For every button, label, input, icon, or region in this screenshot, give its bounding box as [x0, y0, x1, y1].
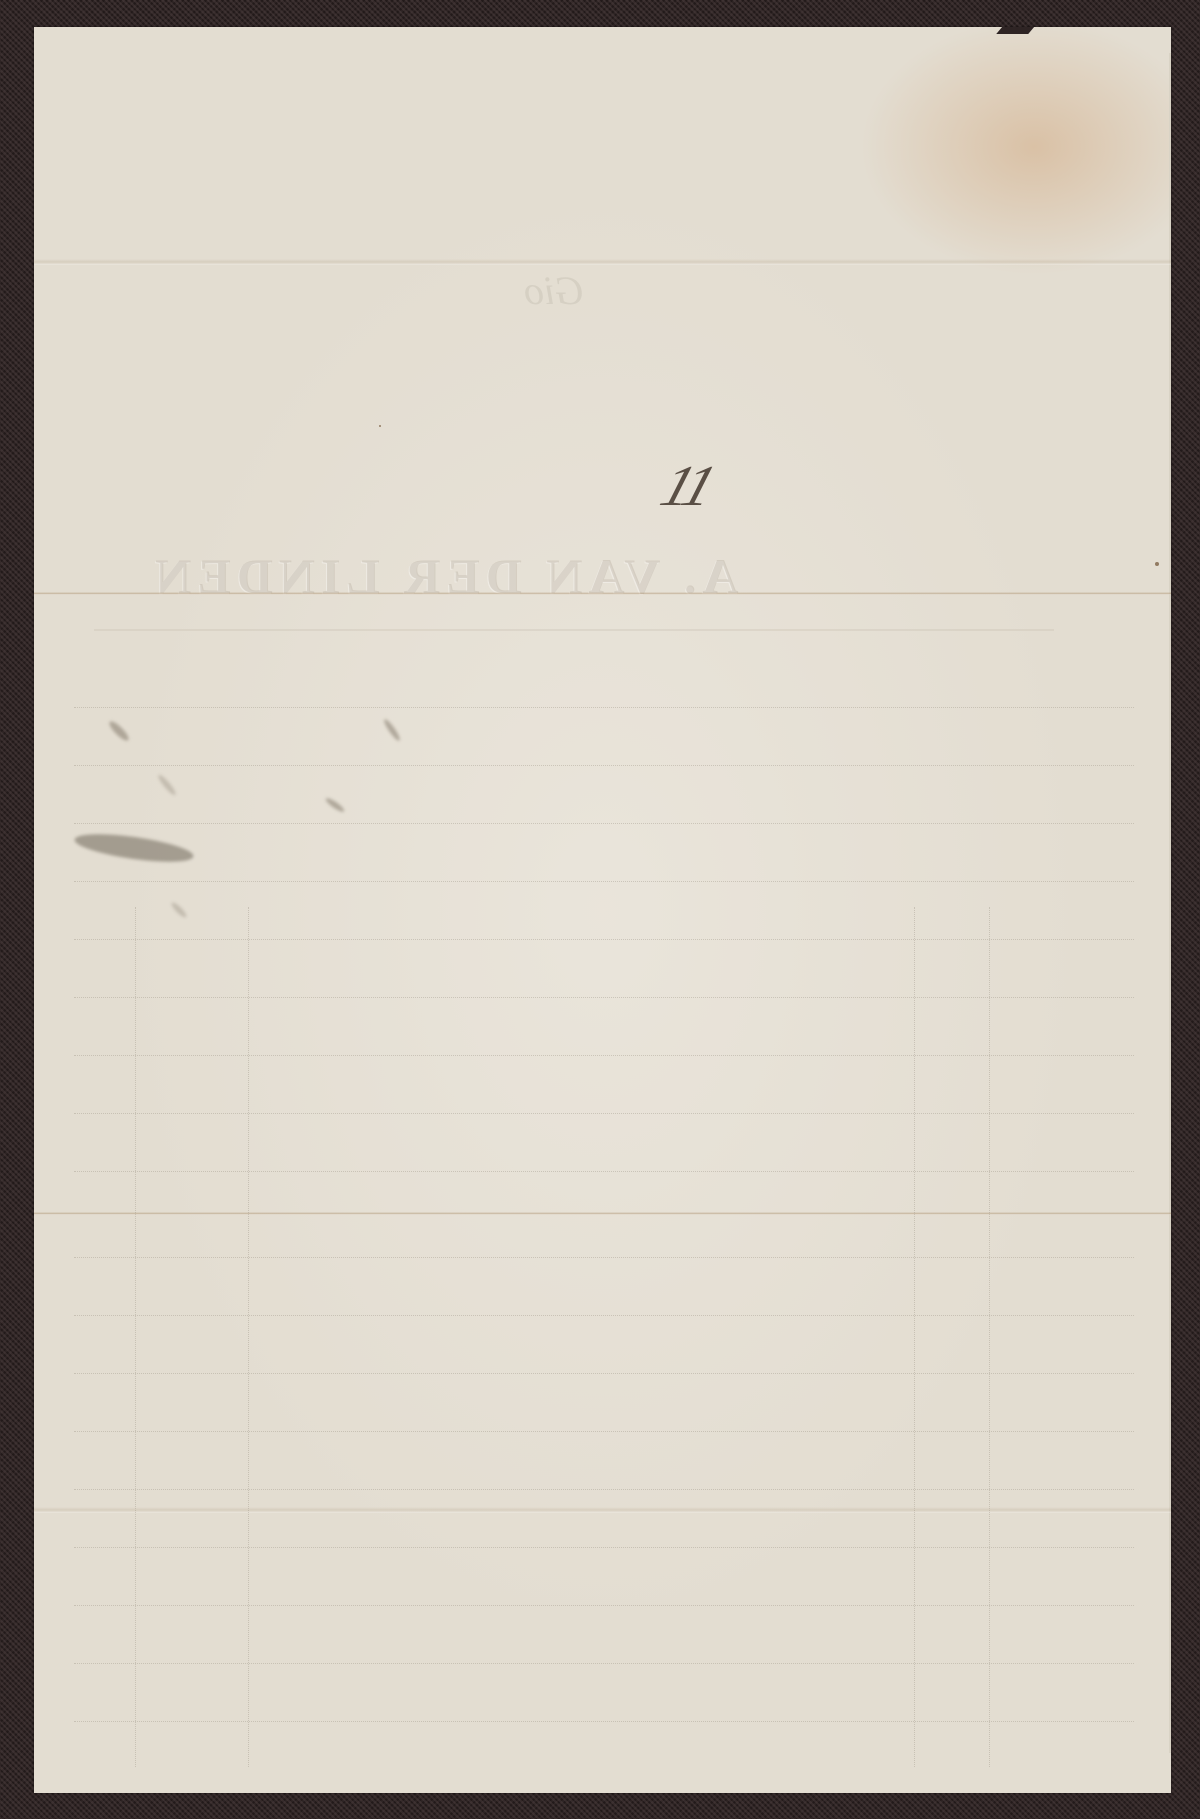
- ruled-line: [74, 1113, 1134, 1114]
- ruled-line: [74, 1373, 1134, 1374]
- ruled-line: [74, 881, 1134, 882]
- fold-line: [34, 1507, 1171, 1513]
- bleed-through-rule: [94, 629, 1054, 631]
- stain-dot: [1155, 562, 1159, 566]
- handwritten-page-number: 11: [653, 452, 720, 519]
- ruled-line: [74, 1257, 1134, 1258]
- ink-smudge: [73, 829, 195, 867]
- page-edge: [1169, 53, 1171, 1753]
- ruled-line: [74, 1055, 1134, 1056]
- column-line: [914, 907, 915, 1767]
- ruled-line: [74, 1431, 1134, 1432]
- ruled-line: [74, 1315, 1134, 1316]
- fold-line: [34, 259, 1171, 265]
- column-line: [135, 907, 136, 1767]
- ruled-line: [74, 823, 1134, 824]
- document-page: Gio A. VAN DER LINDEN 11: [34, 27, 1171, 1793]
- stain-dot: [379, 425, 381, 427]
- ruled-line: [74, 1171, 1134, 1172]
- ruled-line: [74, 939, 1134, 940]
- ruled-line: [74, 997, 1134, 998]
- ink-smudge: [170, 901, 188, 919]
- ruled-line: [74, 1721, 1134, 1722]
- ink-smudge: [107, 719, 131, 743]
- bleed-through-heading: A. VAN DER LINDEN: [114, 547, 774, 605]
- bleed-through-ornament: Gio: [424, 267, 684, 314]
- ink-smudge: [382, 718, 402, 743]
- column-line: [248, 907, 249, 1767]
- fold-line: [34, 1212, 1171, 1215]
- column-line: [989, 907, 990, 1767]
- ruled-line: [74, 1547, 1134, 1548]
- fold-line: [34, 592, 1171, 595]
- ruled-line: [74, 765, 1134, 766]
- ruled-line: [74, 1663, 1134, 1664]
- ruled-line: [74, 1489, 1134, 1490]
- paper-tear: [996, 27, 1036, 34]
- ink-smudge: [324, 796, 345, 814]
- ruled-line: [74, 1605, 1134, 1606]
- ink-smudge: [156, 773, 177, 797]
- ruled-line: [74, 707, 1134, 708]
